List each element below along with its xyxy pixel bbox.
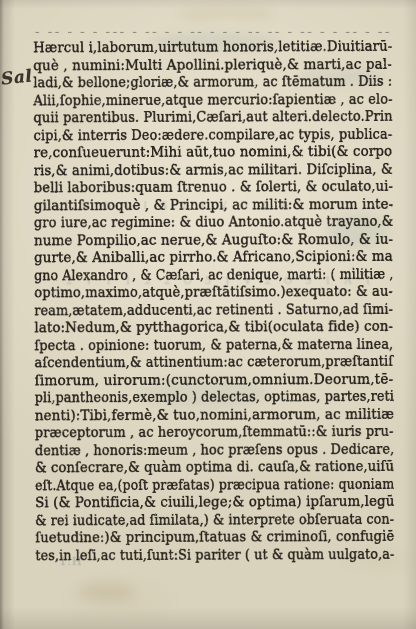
text-line: nenti):Tibi,fermè,& tuo,nomini,armorum, … bbox=[35, 404, 394, 423]
text-line: ream,ætatem,adducenti,ac retinenti . Sat… bbox=[34, 299, 393, 318]
text-line: eſt.Atque ea,(poſt præfatas) præcipua ra… bbox=[35, 474, 394, 493]
text-line: què , numini:Multi Apollini.pleriquè,& m… bbox=[33, 54, 392, 73]
text-line: belli laboribus:quam ſtrenuo . & ſolerti… bbox=[34, 177, 393, 196]
text-line: ſuetudine:)& principum,ſtatuas & crimino… bbox=[35, 527, 394, 546]
text-line: & rei iudicate,ad ſimilata,) & interpret… bbox=[35, 509, 394, 528]
text-line: cipi,& interris Deo:ædere.compilare,ac t… bbox=[33, 124, 392, 143]
handwritten-marginalia: Sal bbox=[0, 66, 33, 89]
text-line: Alii,ſophie,minerue,atque mercurio:ſapie… bbox=[33, 89, 392, 108]
text-line: Hærcul i,laborum,uirtutum honoris,letiti… bbox=[33, 36, 392, 55]
text-line: lato:Nedum,& pytthagorica,& tibi(oculata… bbox=[34, 317, 393, 336]
text-line: tes,in leſi,ac tuti,ſunt:Si pariter ( ut… bbox=[35, 544, 394, 563]
text-line: ladi,& bellone;gloriæ,& armorum, ac ſtēm… bbox=[33, 71, 392, 90]
text-line: ſpecta . opinione: tuorum, & paterna,& m… bbox=[34, 334, 393, 353]
paper-stain bbox=[178, 6, 274, 22]
text-line: & conſecrare,& quàm optima di. cauſa,& r… bbox=[35, 457, 394, 476]
text-line: Si (& Pontificia,& ciuili,lege;& optima)… bbox=[35, 492, 394, 511]
paper-stain bbox=[78, 582, 134, 602]
book-page: – –– – – – ––– – –– – – –– – – – –– –– –… bbox=[0, 0, 416, 629]
text-block: Hærcul i,laborum,uirtutum honoris,letiti… bbox=[33, 36, 394, 563]
text-line: optimo,maximo,atquè,præſtātiſsimo.)exequ… bbox=[34, 282, 393, 301]
text-line: aſcendentium,& attinentium:ac cæterorum,… bbox=[34, 352, 393, 371]
text-line: quii parentibus. Plurimi,Cæſari,aut alte… bbox=[33, 106, 392, 125]
text-line: dentiæ , honoris:meum , hoc præſens opus… bbox=[35, 439, 394, 458]
text-line: pli,pantheonis,exemplo ) delectas, optim… bbox=[35, 387, 394, 406]
text-line: nume Pompilio,ac nerue,& Auguſto:& Romul… bbox=[34, 229, 393, 248]
text-line: gno Alexandro , & Cæſari, ac denique, ma… bbox=[34, 264, 393, 283]
text-line: gilantiſsimoquè , & Principi, ac militi:… bbox=[34, 194, 393, 213]
text-line: gurte,& Aniballi,ac pirrho.& Africano,Sc… bbox=[34, 247, 393, 266]
text-line: re,conſueuerunt:Mihi aūt,tuo nomini,& ti… bbox=[33, 142, 392, 161]
text-line: præceptorum , ac heroycorum,ſtemmatū::& … bbox=[35, 422, 394, 441]
text-line: ſimorum, uirorum:(cunctorum,omnium.Deoru… bbox=[34, 369, 393, 388]
text-line: gro iure,ac regimine: & diuo Antonio.atq… bbox=[34, 212, 393, 231]
text-line: ris,& animi,dotibus:& armis,ac militari.… bbox=[34, 159, 393, 178]
